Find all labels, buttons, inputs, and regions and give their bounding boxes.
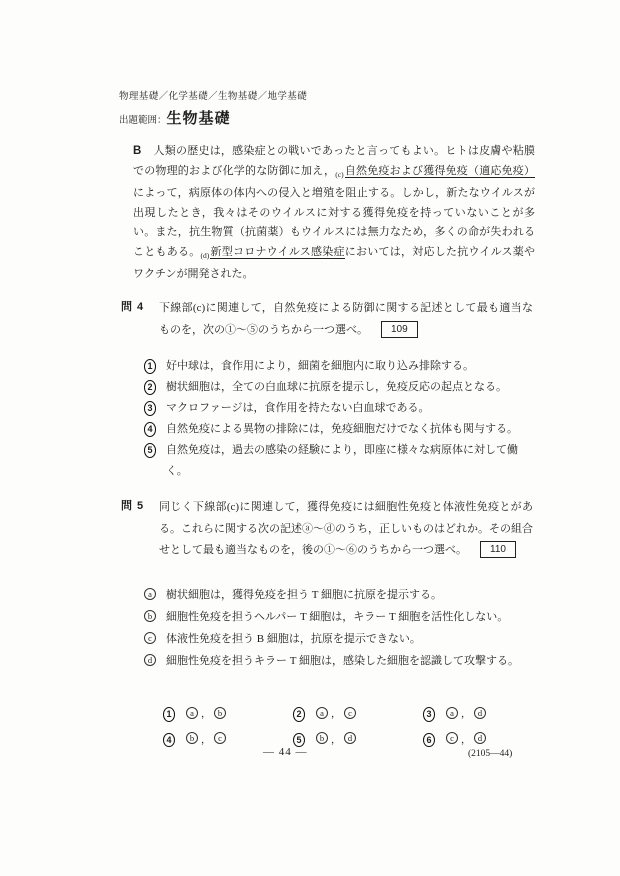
q4-option-1: 1 好中球は，食作用により，細菌を細胞内に取り込み排除する。 [144, 356, 536, 377]
scope-label: 出題範囲： [119, 112, 167, 126]
circled-digit-marker: 2 [293, 707, 305, 722]
choice-pair: a，b [186, 705, 226, 720]
circled-letter-marker: d [144, 654, 156, 666]
circled-letter: c [214, 732, 226, 744]
option-text: 自然免疫による異物の排除には，免疫細胞だけでなく抗体も関与する。 [166, 419, 522, 440]
question-4-options: 1 好中球は，食作用により，細菌を細胞内に取り込み排除する。 2 樹状細胞は，全… [144, 356, 536, 482]
question-5-choice-grid: 1 a，b 2 a，c 3 a，d 4 b，c 5 b，d 6 c，d [163, 704, 553, 747]
subjects-line: 物理基礎／化学基礎／生物基礎／地学基礎 [119, 88, 307, 102]
q5-statement-c: c 体液性免疫を担う B 細胞は，抗原を提示できない。 [144, 628, 536, 650]
pair-separator: ， [461, 731, 471, 746]
circled-letter: d [474, 732, 486, 744]
q4-option-3: 3 マクロファージは，食作用を持たない白血球である。 [144, 398, 536, 419]
q5-choice-5: 5 b，d [293, 730, 423, 748]
option-text: 自然免疫は，過去の感染の経験により，即座に様々な病原体に対して働く。 [166, 440, 522, 482]
page-number: — 44 — [263, 746, 308, 758]
question-4-prompt-text: 下線部(c)に関連して，自然免疫による防御に関する記述として最も適当なものを，次… [159, 302, 533, 336]
question-5-prompt: 同じく下線部(c)に関連して，獲得免疫には細胞性免疫と体液性免疫とがある。これら… [159, 497, 533, 562]
question-5-statements: a 樹状細胞は，獲得免疫を担う T 細胞に抗原を提示する。 b 細胞性免疫を担う… [144, 584, 536, 672]
q5-choice-6: 6 c，d [423, 730, 553, 748]
circled-letter: a [316, 707, 328, 719]
option-text: 好中球は，食作用により，細菌を細胞内に取り込み排除する。 [166, 356, 522, 377]
underline-ref-c: (c) [335, 170, 343, 179]
answer-number-box-110: 110 [480, 541, 516, 558]
question-5-prompt-text: 同じく下線部(c)に関連して，獲得免疫には細胞性免疫と体液性免疫とがある。これら… [159, 501, 533, 556]
q5-statement-d: d 細胞性免疫を担うキラー T 細胞は，感染した細胞を認識して攻撃する。 [144, 650, 536, 672]
choice-pair: a，d [446, 705, 486, 720]
q5-choice-4: 4 b，c [163, 730, 293, 748]
scope-subject: 生物基礎 [167, 107, 231, 128]
pair-separator: ， [331, 705, 341, 720]
underlined-term-d: 新型コロナウイルス感染症 [210, 246, 345, 260]
question-4-prompt: 下線部(c)に関連して，自然免疫による防御に関する記述として最も適当なものを，次… [159, 298, 533, 341]
circled-digit-marker: 2 [144, 380, 156, 395]
circled-letter: c [344, 707, 356, 719]
passage-b: B人類の歴史は，感染症との戦いであったと言ってもよい。ヒトは皮膚や粘膜での物理的… [133, 142, 535, 285]
q5-statement-b: b 細胞性免疫を担うヘルパー T 細胞は，キラー T 細胞を活性化しない。 [144, 606, 536, 628]
circled-letter-marker: c [144, 632, 156, 644]
circled-digit-marker: 4 [144, 422, 156, 437]
statement-text: 細胞性免疫を担うキラー T 細胞は，感染した細胞を認識して攻撃する。 [166, 650, 522, 672]
circled-letter: b [186, 732, 198, 744]
question-4: 問 4 下線部(c)に関連して，自然免疫による防御に関する記述として最も適当なも… [121, 298, 535, 341]
choice-pair: c，d [446, 731, 486, 746]
choice-pair: b，c [186, 731, 226, 746]
q5-choice-2: 2 a，c [293, 704, 423, 722]
underlined-term-c: 自然免疫および獲得免疫（適応免疫） [345, 165, 535, 179]
exam-scope: 出題範囲： 生物基礎 [119, 107, 307, 128]
circled-digit-marker: 4 [163, 733, 175, 748]
circled-digit-marker: 3 [144, 401, 156, 416]
passage-label: B [133, 145, 141, 157]
option-text: 樹状細胞は，全ての白血球に抗原を提示し，免疫反応の起点となる。 [166, 377, 522, 398]
q4-option-4: 4 自然免疫による異物の排除には，免疫細胞だけでなく抗体も関与する。 [144, 419, 536, 440]
option-text: マクロファージは，食作用を持たない白血球である。 [166, 398, 522, 419]
statement-text: 体液性免疫を担う B 細胞は，抗原を提示できない。 [166, 628, 522, 650]
circled-letter: c [446, 732, 458, 744]
circled-letter-marker: a [144, 588, 156, 600]
pair-separator: ， [461, 705, 471, 720]
circled-letter-marker: b [144, 610, 156, 622]
question-5-label: 問 5 [121, 497, 159, 562]
answer-number-box-109: 109 [381, 321, 418, 338]
pair-separator: ， [201, 731, 211, 746]
circled-digit-marker: 6 [423, 733, 435, 748]
q5-choice-3: 3 a，d [423, 704, 553, 722]
page-header: 物理基礎／化学基礎／生物基礎／地学基礎 出題範囲： 生物基礎 [119, 88, 307, 128]
circled-letter: b [316, 732, 328, 744]
circled-letter: a [186, 707, 198, 719]
circled-letter: a [446, 707, 458, 719]
underline-ref-d: (d) [200, 251, 209, 260]
circled-letter: d [344, 732, 356, 744]
circled-digit-marker: 5 [293, 733, 305, 748]
statement-text: 樹状細胞は，獲得免疫を担う T 細胞に抗原を提示する。 [166, 584, 522, 606]
choice-pair: b，d [316, 731, 356, 746]
exam-page: 物理基礎／化学基礎／生物基礎／地学基礎 出題範囲： 生物基礎 B人類の歴史は，感… [0, 0, 620, 876]
print-code: (2105—44) [468, 749, 512, 759]
circled-digit-marker: 1 [144, 359, 156, 374]
question-4-label: 問 4 [121, 298, 159, 341]
circled-digit-marker: 5 [144, 443, 156, 458]
circled-letter: b [214, 707, 226, 719]
q5-choice-1: 1 a，b [163, 704, 293, 722]
question-5: 問 5 同じく下線部(c)に関連して，獲得免疫には細胞性免疫と体液性免疫とがある… [121, 497, 535, 562]
q5-statement-a: a 樹状細胞は，獲得免疫を担う T 細胞に抗原を提示する。 [144, 584, 536, 606]
circled-letter: d [474, 707, 486, 719]
pair-separator: ， [201, 705, 211, 720]
q4-option-5: 5 自然免疫は，過去の感染の経験により，即座に様々な病原体に対して働く。 [144, 440, 536, 482]
pair-separator: ， [331, 731, 341, 746]
q4-option-2: 2 樹状細胞は，全ての白血球に抗原を提示し，免疫反応の起点となる。 [144, 377, 536, 398]
circled-digit-marker: 3 [423, 707, 435, 722]
choice-pair: a，c [316, 705, 356, 720]
circled-digit-marker: 1 [163, 707, 175, 722]
statement-text: 細胞性免疫を担うヘルパー T 細胞は，キラー T 細胞を活性化しない。 [166, 606, 522, 628]
